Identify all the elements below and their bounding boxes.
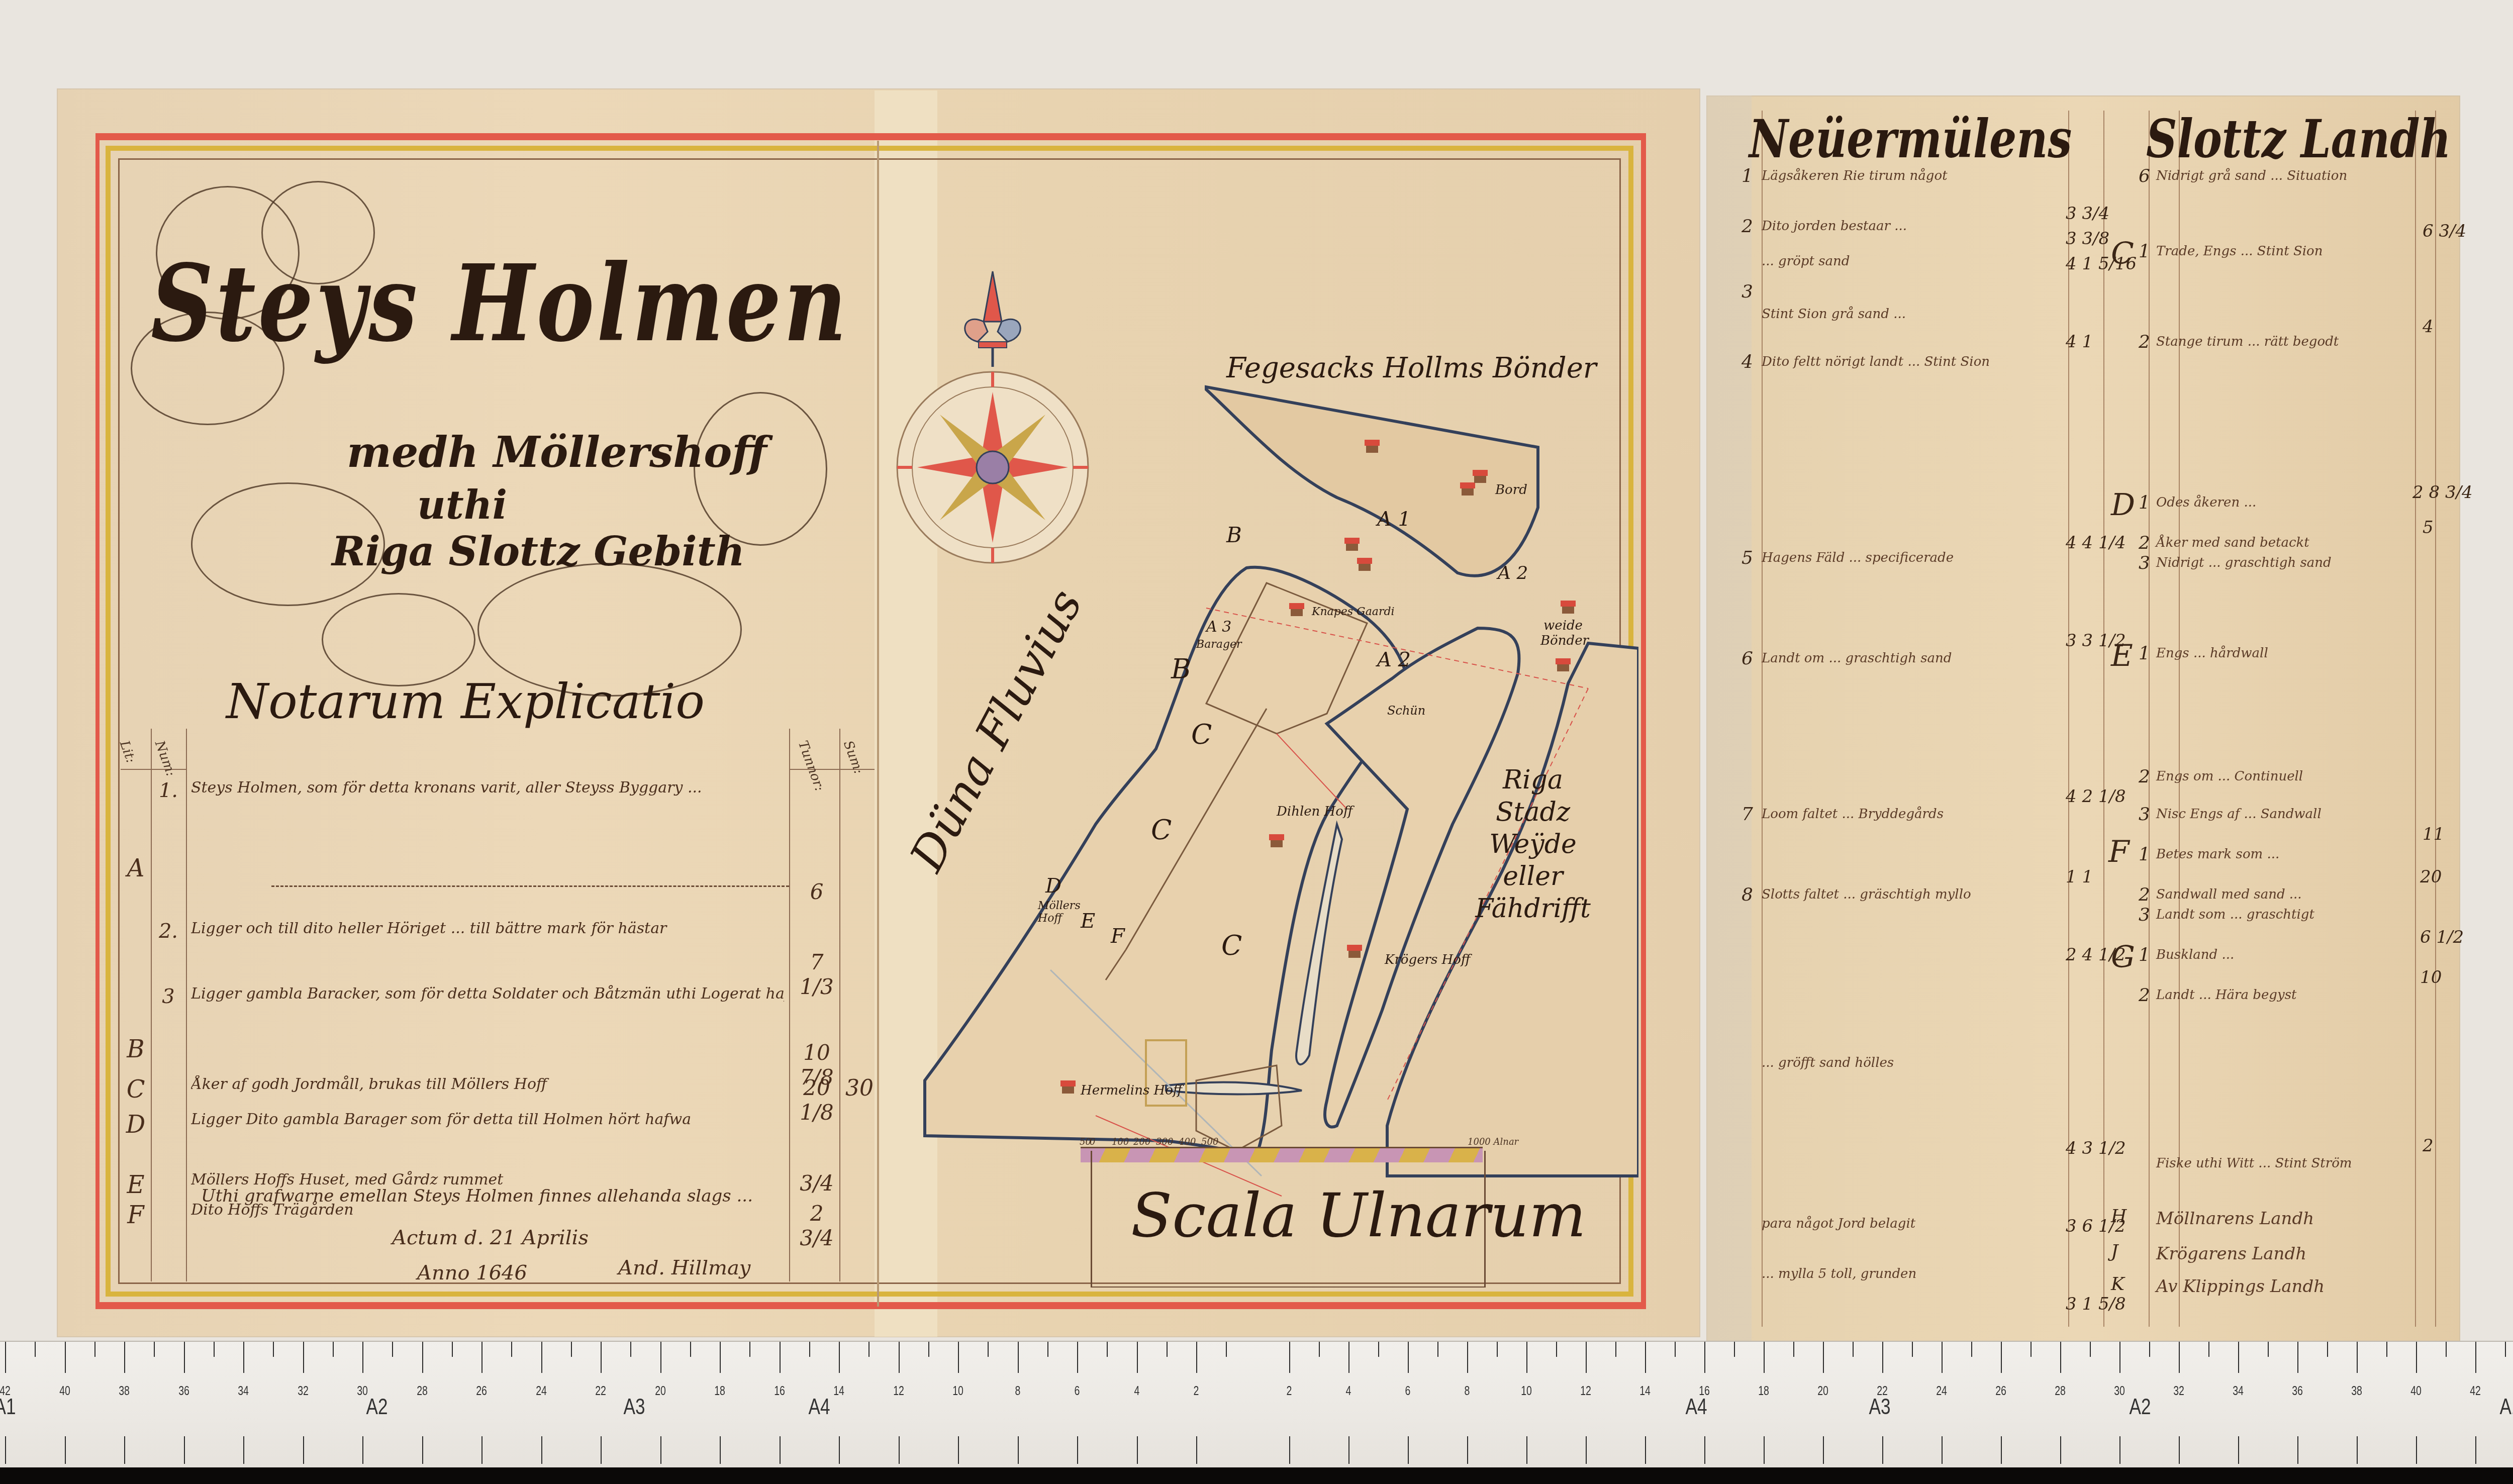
ruler-paper-size-label: A4 [808, 1395, 830, 1420]
ruler-tick [660, 1436, 661, 1464]
ledger-entry: Möllnarens Landh [2156, 1209, 2314, 1229]
ruler-tick [1196, 1436, 1197, 1464]
col-header-summa: Sum: [840, 739, 866, 776]
ruler-tick [2416, 1342, 2417, 1373]
ruler-paper-size-label: A3 [623, 1395, 645, 1420]
ledger-value: 3 3/8 [2066, 229, 2109, 249]
ruler-tick [1675, 1342, 1676, 1357]
plot-mark: C [1221, 930, 1242, 961]
plot-mark: A 2 [1377, 648, 1411, 671]
ruler-number: 6 [1075, 1383, 1080, 1399]
ruler-tick [392, 1342, 393, 1357]
ledger-value: 6 3/4 [2423, 221, 2466, 241]
ruler-tick [1556, 1342, 1557, 1357]
ledger-entry: para något Jord belagit [1762, 1216, 1915, 1231]
ruler-tick [303, 1436, 304, 1464]
ruler-tick [958, 1436, 959, 1464]
ruler-tick [184, 1342, 185, 1373]
ruler-tick [362, 1436, 363, 1464]
ruler-number: 36 [178, 1383, 189, 1399]
ruler-number: 38 [2351, 1383, 2362, 1399]
ruler-number: 38 [119, 1383, 130, 1399]
leader-dots [271, 885, 789, 887]
ledger-value: 6 1/2 [2420, 927, 2464, 947]
ledger-header-left: Neüermülens [1749, 108, 2072, 170]
ruler-tick [2090, 1342, 2091, 1357]
ruler-tick [1437, 1342, 1438, 1357]
ledger-entry: Fiske uthi Witt ... Stint Ström [2156, 1156, 2352, 1171]
ruler-tick [273, 1342, 274, 1357]
ruler-number: 28 [417, 1383, 428, 1399]
ruler-tick [541, 1436, 542, 1464]
ruler-tick [1137, 1436, 1138, 1464]
ruler-paper-size-label: A4 [1685, 1395, 1707, 1420]
ruler-tick [2031, 1342, 2032, 1357]
plot-mark: A 3 [1206, 618, 1231, 636]
ruler-tick [899, 1436, 900, 1464]
scan-edge [0, 1467, 2513, 1484]
scale-tick: 400 [1179, 1137, 1196, 1147]
ruler-tick [690, 1342, 691, 1357]
ruler-number: 12 [1580, 1383, 1591, 1399]
ledger-value: 4 [2423, 317, 2434, 337]
house-icon [1289, 603, 1304, 616]
ruler-tick [1467, 1436, 1468, 1464]
scale-tick: 200 [1133, 1137, 1150, 1147]
ruler-paper-size-label: A1 [0, 1395, 16, 1420]
ruler-number: 4 [1346, 1383, 1351, 1399]
ruler-paper-size-label: A2 [2129, 1395, 2151, 1420]
ruler-tick [481, 1342, 482, 1373]
ruler-tick [1196, 1342, 1197, 1373]
ruler-tick [1047, 1342, 1048, 1357]
ruler-tick [2327, 1342, 2328, 1357]
ruler-tick [839, 1436, 840, 1464]
house-icon [1357, 558, 1372, 571]
ruler-tick [1077, 1436, 1078, 1464]
ruler-tick [303, 1342, 304, 1373]
ledger-entry: ... mylla 5 toll, grunden [1762, 1266, 1916, 1281]
ruler-tick [2238, 1436, 2239, 1464]
plot-mark: A 2 [1498, 563, 1528, 583]
ledger-rule [2149, 111, 2150, 1327]
ruler-tick [2357, 1436, 2358, 1464]
ruler-tick [809, 1342, 810, 1357]
house-icon [1344, 538, 1360, 551]
ledger-value: 20 [2420, 867, 2442, 887]
plot-mark: C [1151, 814, 1172, 846]
ruler-tick [2297, 1342, 2298, 1373]
ruler-number: 32 [298, 1383, 309, 1399]
ruler-tick [958, 1342, 959, 1373]
label-house: Krögers Hoff [1385, 952, 1470, 967]
scale-tick: 100 [1112, 1137, 1129, 1147]
ledger-entry: Åker med sand betackt [2156, 535, 2309, 550]
ruler-tick [1823, 1436, 1824, 1464]
ledger-entry: Engs ... hårdwall [2156, 646, 2268, 661]
title-subtitle: medh Möllershoff [347, 427, 767, 477]
label-house: Dihlen Hoff [1277, 804, 1352, 819]
ledger-entry: ... gröpt sand [1762, 254, 1850, 269]
ledger-rule [2179, 111, 2180, 1327]
ruler-tick [1348, 1342, 1349, 1373]
ruler-tick [1226, 1342, 1227, 1357]
legend-signature: And. Hillmay [618, 1256, 750, 1279]
ledger-entry: Odes åkeren ... [2156, 495, 2256, 510]
ledger-value: 3 1 5/8 [2066, 1294, 2126, 1314]
ruler-number: 36 [2292, 1383, 2303, 1399]
ledger-entry: Landt ... Hära begyst [2156, 987, 2296, 1003]
ruler-tick [2475, 1342, 2476, 1373]
legend-row: A 1. Steys Holmen, som för detta kronans… [121, 779, 875, 910]
ruler-tick [1077, 1342, 1078, 1373]
ruler-tick [2179, 1342, 2180, 1373]
ruler-tick [2208, 1342, 2209, 1357]
ruler-number: 8 [1465, 1383, 1470, 1399]
ruler-tick [1586, 1342, 1587, 1373]
ruler-number: 6 [1405, 1383, 1411, 1399]
ruler-tick [2179, 1436, 2180, 1464]
ruler-number: 16 [774, 1383, 785, 1399]
ledger-entry: Landt som ... graschtigt [2156, 907, 2314, 922]
plot-mark: A 1 [1377, 508, 1411, 531]
ruler-tick [899, 1342, 900, 1373]
ledger-value: 2 [2423, 1136, 2434, 1156]
ruler-tick [422, 1342, 423, 1373]
ruler-number: 32 [2173, 1383, 2184, 1399]
ruler-tick [1586, 1436, 1587, 1464]
ruler-tick [1734, 1342, 1735, 1357]
ruler-number: 14 [833, 1383, 844, 1399]
ruler-number: 8 [1015, 1383, 1020, 1399]
house-icon [1460, 482, 1475, 496]
ruler-tick [2268, 1342, 2269, 1357]
plot-mark: F [1111, 925, 1125, 948]
ruler-tick [749, 1342, 750, 1357]
ledger-entry: Landt om ... graschtigh sand [1762, 651, 1952, 666]
label-house: Barager [1196, 638, 1242, 651]
plot-mark: D [1045, 874, 1061, 898]
ruler-tick [1882, 1342, 1883, 1373]
ruler-tick [154, 1342, 155, 1357]
ruler-tick [1319, 1342, 1320, 1357]
ruler-tick [1823, 1342, 1824, 1373]
fleur-de-lis-north [965, 271, 1021, 367]
legend-row: C Åker af godh Jordmåll, brukas till Möl… [121, 1075, 875, 1106]
ledger-rule [2415, 111, 2416, 1327]
title-connector: uthi [417, 482, 507, 528]
ledger-rule [1762, 111, 1763, 1327]
ruler-number: 26 [476, 1383, 487, 1399]
ruler-tick [1764, 1436, 1765, 1464]
ruler-tick [2149, 1342, 2150, 1357]
ruler-number: 18 [1758, 1383, 1769, 1399]
ruler-tick [1882, 1436, 1883, 1464]
label-house: Hermelins Hoff [1081, 1083, 1182, 1098]
ruler-tick [1615, 1342, 1616, 1357]
legend-heading: Notarum Explicatio [226, 673, 705, 730]
ledger-value: 1 1 [2066, 867, 2093, 887]
ruler-tick [839, 1342, 840, 1373]
ledger-value: 4 2 1/8 [2066, 786, 2126, 807]
ledger-entry: Betes mark som ... [2156, 847, 2279, 862]
ruler-tick [1793, 1342, 1794, 1357]
ruler-tick [511, 1342, 512, 1357]
ledger-entry: Av Klippings Landh [2156, 1276, 2325, 1297]
ruler-tick [1645, 1436, 1646, 1464]
ruler-tick [1289, 1436, 1290, 1464]
ruler-tick [214, 1342, 215, 1357]
ledger-entry: ... gröfft sand hölles [1762, 1055, 1894, 1070]
ruler-tick [1018, 1342, 1019, 1373]
ruler-number: 30 [2114, 1383, 2125, 1399]
col-header-number: Num: [152, 739, 178, 778]
ruler-tick [65, 1436, 66, 1464]
scale-title: Scala Ulnarum [1131, 1181, 1586, 1251]
ruler-tick [65, 1342, 66, 1373]
ledger-rule [2435, 111, 2436, 1327]
ruler-tick [124, 1436, 125, 1464]
ruler-paper-size-label: A2 [366, 1395, 388, 1420]
ruler-tick [2238, 1342, 2239, 1373]
ruler-tick [571, 1342, 572, 1357]
legend-place-date: Actum d. 21 Aprilis [392, 1226, 589, 1249]
ruler-tick [868, 1342, 869, 1357]
legend-note: Uthi grafwarne emellan Steys Holmen finn… [201, 1186, 779, 1206]
label-east-bank: Riga Stadz Weÿde eller Fähdrifft [1468, 764, 1598, 925]
ledger-entry: Dito feltt nörigt landt ... Stint Sion [1762, 354, 1990, 369]
measuring-ruler: 4240383634323028262422201816141210864224… [0, 1341, 2513, 1468]
ruler-tick [2505, 1342, 2506, 1357]
ledger-entry: Dito jorden bestaar ... [1762, 219, 1907, 234]
ledger-entry: Nidrigt ... graschtigh sand [2156, 555, 2332, 570]
ruler-paper-size-label: A1 [2499, 1395, 2513, 1420]
ruler-tick [2001, 1436, 2002, 1464]
ledger-entry: Lägsåkeren Rie tirum något [1762, 168, 1948, 183]
ruler-number: 28 [2055, 1383, 2066, 1399]
label-house: Möllers Hoff [1038, 900, 1078, 925]
scale-tick: 500 [1201, 1137, 1218, 1147]
ruler-tick [1853, 1342, 1854, 1357]
ledger-entry: Hagens Fäld ... specificerade [1762, 550, 1954, 565]
plot-mark: C [1191, 719, 1212, 750]
ruler-tick [1971, 1342, 1972, 1357]
ledger-entry: Nidrigt grå sand ... Situation [2156, 168, 2347, 183]
ruler-paper-size-label: A3 [1869, 1395, 1890, 1420]
ruler-tick [780, 1342, 781, 1373]
ledger-entry: Sandwall med sand ... [2156, 887, 2302, 902]
map-title: Steys Holmen [151, 241, 849, 365]
ruler-tick [1408, 1436, 1409, 1464]
ruler-tick [541, 1342, 542, 1373]
legend-year: Anno 1646 [417, 1261, 527, 1284]
ruler-tick [1467, 1342, 1468, 1373]
house-icon [1347, 945, 1362, 958]
ruler-tick [928, 1342, 929, 1357]
legend-row: D Ligger Dito gambla Barager som för det… [121, 1111, 875, 1171]
ruler-tick [988, 1342, 989, 1357]
ruler-number: 24 [1936, 1383, 1947, 1399]
ruler-number: 40 [2410, 1383, 2422, 1399]
ledger-entry: Slotts faltet ... gräschtigh myllo [1762, 887, 1971, 902]
ruler-tick [452, 1342, 453, 1357]
ledger-entry: Trade, Engs ... Stint Sion [2156, 244, 2323, 259]
ruler-tick [630, 1342, 631, 1357]
ledger-entry: Engs om ... Continuell [2156, 769, 2303, 784]
ledger-value: 4 3 1/2 [2066, 1138, 2126, 1158]
ruler-tick [1764, 1342, 1765, 1373]
plot-mark: E [1081, 910, 1095, 933]
ledger-value: 11 [2423, 824, 2444, 844]
ruler-tick [2060, 1342, 2061, 1373]
ruler-number: 20 [655, 1383, 666, 1399]
ruler-number: 40 [59, 1383, 70, 1399]
ruler-tick [1526, 1342, 1527, 1373]
flourish-ornament [322, 593, 475, 686]
plot-mark: B [1226, 523, 1242, 547]
ledger-value: 5 [2423, 518, 2434, 538]
house-icon [1269, 834, 1284, 847]
legend-row: 2. Ligger och till dito heller Höriget .… [121, 920, 875, 980]
ruler-tick [2001, 1342, 2002, 1373]
label-house: Bord [1495, 482, 1527, 498]
ledger-entry: Stange tirum ... rätt begodt [2156, 334, 2339, 349]
ruler-number: 2 [1287, 1383, 1292, 1399]
ledger-entry: Krögarens Landh [2156, 1244, 2306, 1264]
ruler-number: 2 [1194, 1383, 1199, 1399]
ruler-number: 26 [1995, 1383, 2006, 1399]
scale-tick: 0 [1090, 1137, 1095, 1147]
ruler-tick [1942, 1342, 1943, 1373]
label-north-shore: Fegesacks Hollms Bönder [1226, 352, 1597, 384]
ruler-tick [1408, 1342, 1409, 1373]
scale-tick: 300 [1156, 1137, 1173, 1147]
ruler-number: 10 [1521, 1383, 1532, 1399]
ruler-number: 14 [1639, 1383, 1651, 1399]
ruler-tick [720, 1342, 721, 1373]
ruler-tick [720, 1436, 721, 1464]
ruler-number: 24 [536, 1383, 547, 1399]
ledger-entry: Buskland ... [2156, 947, 2234, 962]
ruler-tick [481, 1436, 482, 1464]
ledger-entry: Loom faltet ... Bryddegårds [1762, 807, 1944, 822]
ruler-tick [2297, 1436, 2298, 1464]
ruler-tick [1704, 1342, 1705, 1373]
ruler-number: 20 [1817, 1383, 1828, 1399]
label-house: Schün [1387, 704, 1425, 718]
ruler-tick [243, 1342, 244, 1373]
house-icon [1365, 440, 1380, 453]
ruler-tick [1348, 1436, 1349, 1464]
ruler-tick [1912, 1342, 1913, 1357]
ruler-tick [124, 1342, 125, 1373]
ledger-value: 4 1 [2066, 332, 2093, 352]
legend-row: B 3 Ligger gambla Baracker, som för dett… [121, 985, 875, 1045]
ruler-tick [2446, 1342, 2447, 1357]
plot-mark: B [1171, 653, 1191, 685]
ruler-number: 18 [714, 1383, 725, 1399]
ruler-tick [660, 1342, 661, 1373]
ruler-tick [35, 1342, 36, 1357]
ruler-tick [1378, 1342, 1379, 1357]
ruler-tick [362, 1342, 363, 1373]
title-location: Riga Slottz Gebith [332, 528, 745, 575]
ruler-tick [2119, 1342, 2120, 1373]
ledger-value: 10 [2420, 967, 2442, 987]
ruler-number: 22 [595, 1383, 606, 1399]
ledger-header-right: Slottz Landh [2146, 108, 2451, 170]
ruler-tick [5, 1436, 6, 1464]
ruler-tick [1107, 1342, 1108, 1357]
ruler-tick [2416, 1436, 2417, 1464]
house-icon [1060, 1080, 1076, 1094]
ledger-value: 2 8 3/4 [2412, 482, 2473, 503]
ruler-number: 34 [2233, 1383, 2244, 1399]
ruler-tick [1704, 1436, 1705, 1464]
ledger-value: 4 4 1/4 [2066, 533, 2126, 553]
ruler-tick [1942, 1436, 1943, 1464]
ruler-tick [601, 1436, 602, 1464]
ruler-tick [780, 1436, 781, 1464]
ruler-tick [243, 1436, 244, 1464]
ruler-number: 42 [2470, 1383, 2481, 1399]
label-house: Knapes Gaardi [1312, 606, 1395, 618]
label-far-east: weide Bönder [1540, 618, 1586, 648]
ruler-tick [1645, 1342, 1646, 1373]
ruler-tick [2386, 1342, 2387, 1357]
ruler-tick [2357, 1342, 2358, 1373]
ruler-number: 4 [1134, 1383, 1139, 1399]
house-icon [1473, 470, 1488, 483]
ruler-number: 10 [952, 1383, 963, 1399]
ruler-tick [333, 1342, 334, 1357]
ruler-tick [94, 1342, 95, 1357]
house-icon [1556, 658, 1571, 671]
ruler-tick [422, 1436, 423, 1464]
ruler-tick [1526, 1436, 1527, 1464]
house-icon [1561, 601, 1576, 614]
panel-divider [877, 141, 879, 1307]
ruler-tick [1497, 1342, 1498, 1357]
ruler-tick [2475, 1436, 2476, 1464]
ruler-tick [2119, 1436, 2120, 1464]
ruler-tick [1137, 1342, 1138, 1373]
ledger-entry: Stint Sion grå sand ... [1762, 307, 1906, 322]
ledger-entry: Nisc Engs af ... Sandwall [2156, 807, 2322, 822]
ruler-number: 34 [238, 1383, 249, 1399]
ruler-tick [184, 1436, 185, 1464]
ruler-tick [2060, 1436, 2061, 1464]
ruler-tick [601, 1342, 602, 1373]
ruler-tick [1018, 1436, 1019, 1464]
compass-rose [897, 372, 1088, 563]
scale-tick: 1000 Alnar [1468, 1137, 1518, 1147]
ruler-number: 12 [893, 1383, 904, 1399]
ruler-tick [1289, 1342, 1290, 1373]
legend-table: Lit: Num: Tunnor: Sum: A 1. Steys Holmen… [121, 729, 875, 1302]
ledger-value: 3 3/4 [2066, 204, 2109, 224]
ruler-tick [1167, 1342, 1168, 1357]
ruler-tick [5, 1342, 6, 1373]
